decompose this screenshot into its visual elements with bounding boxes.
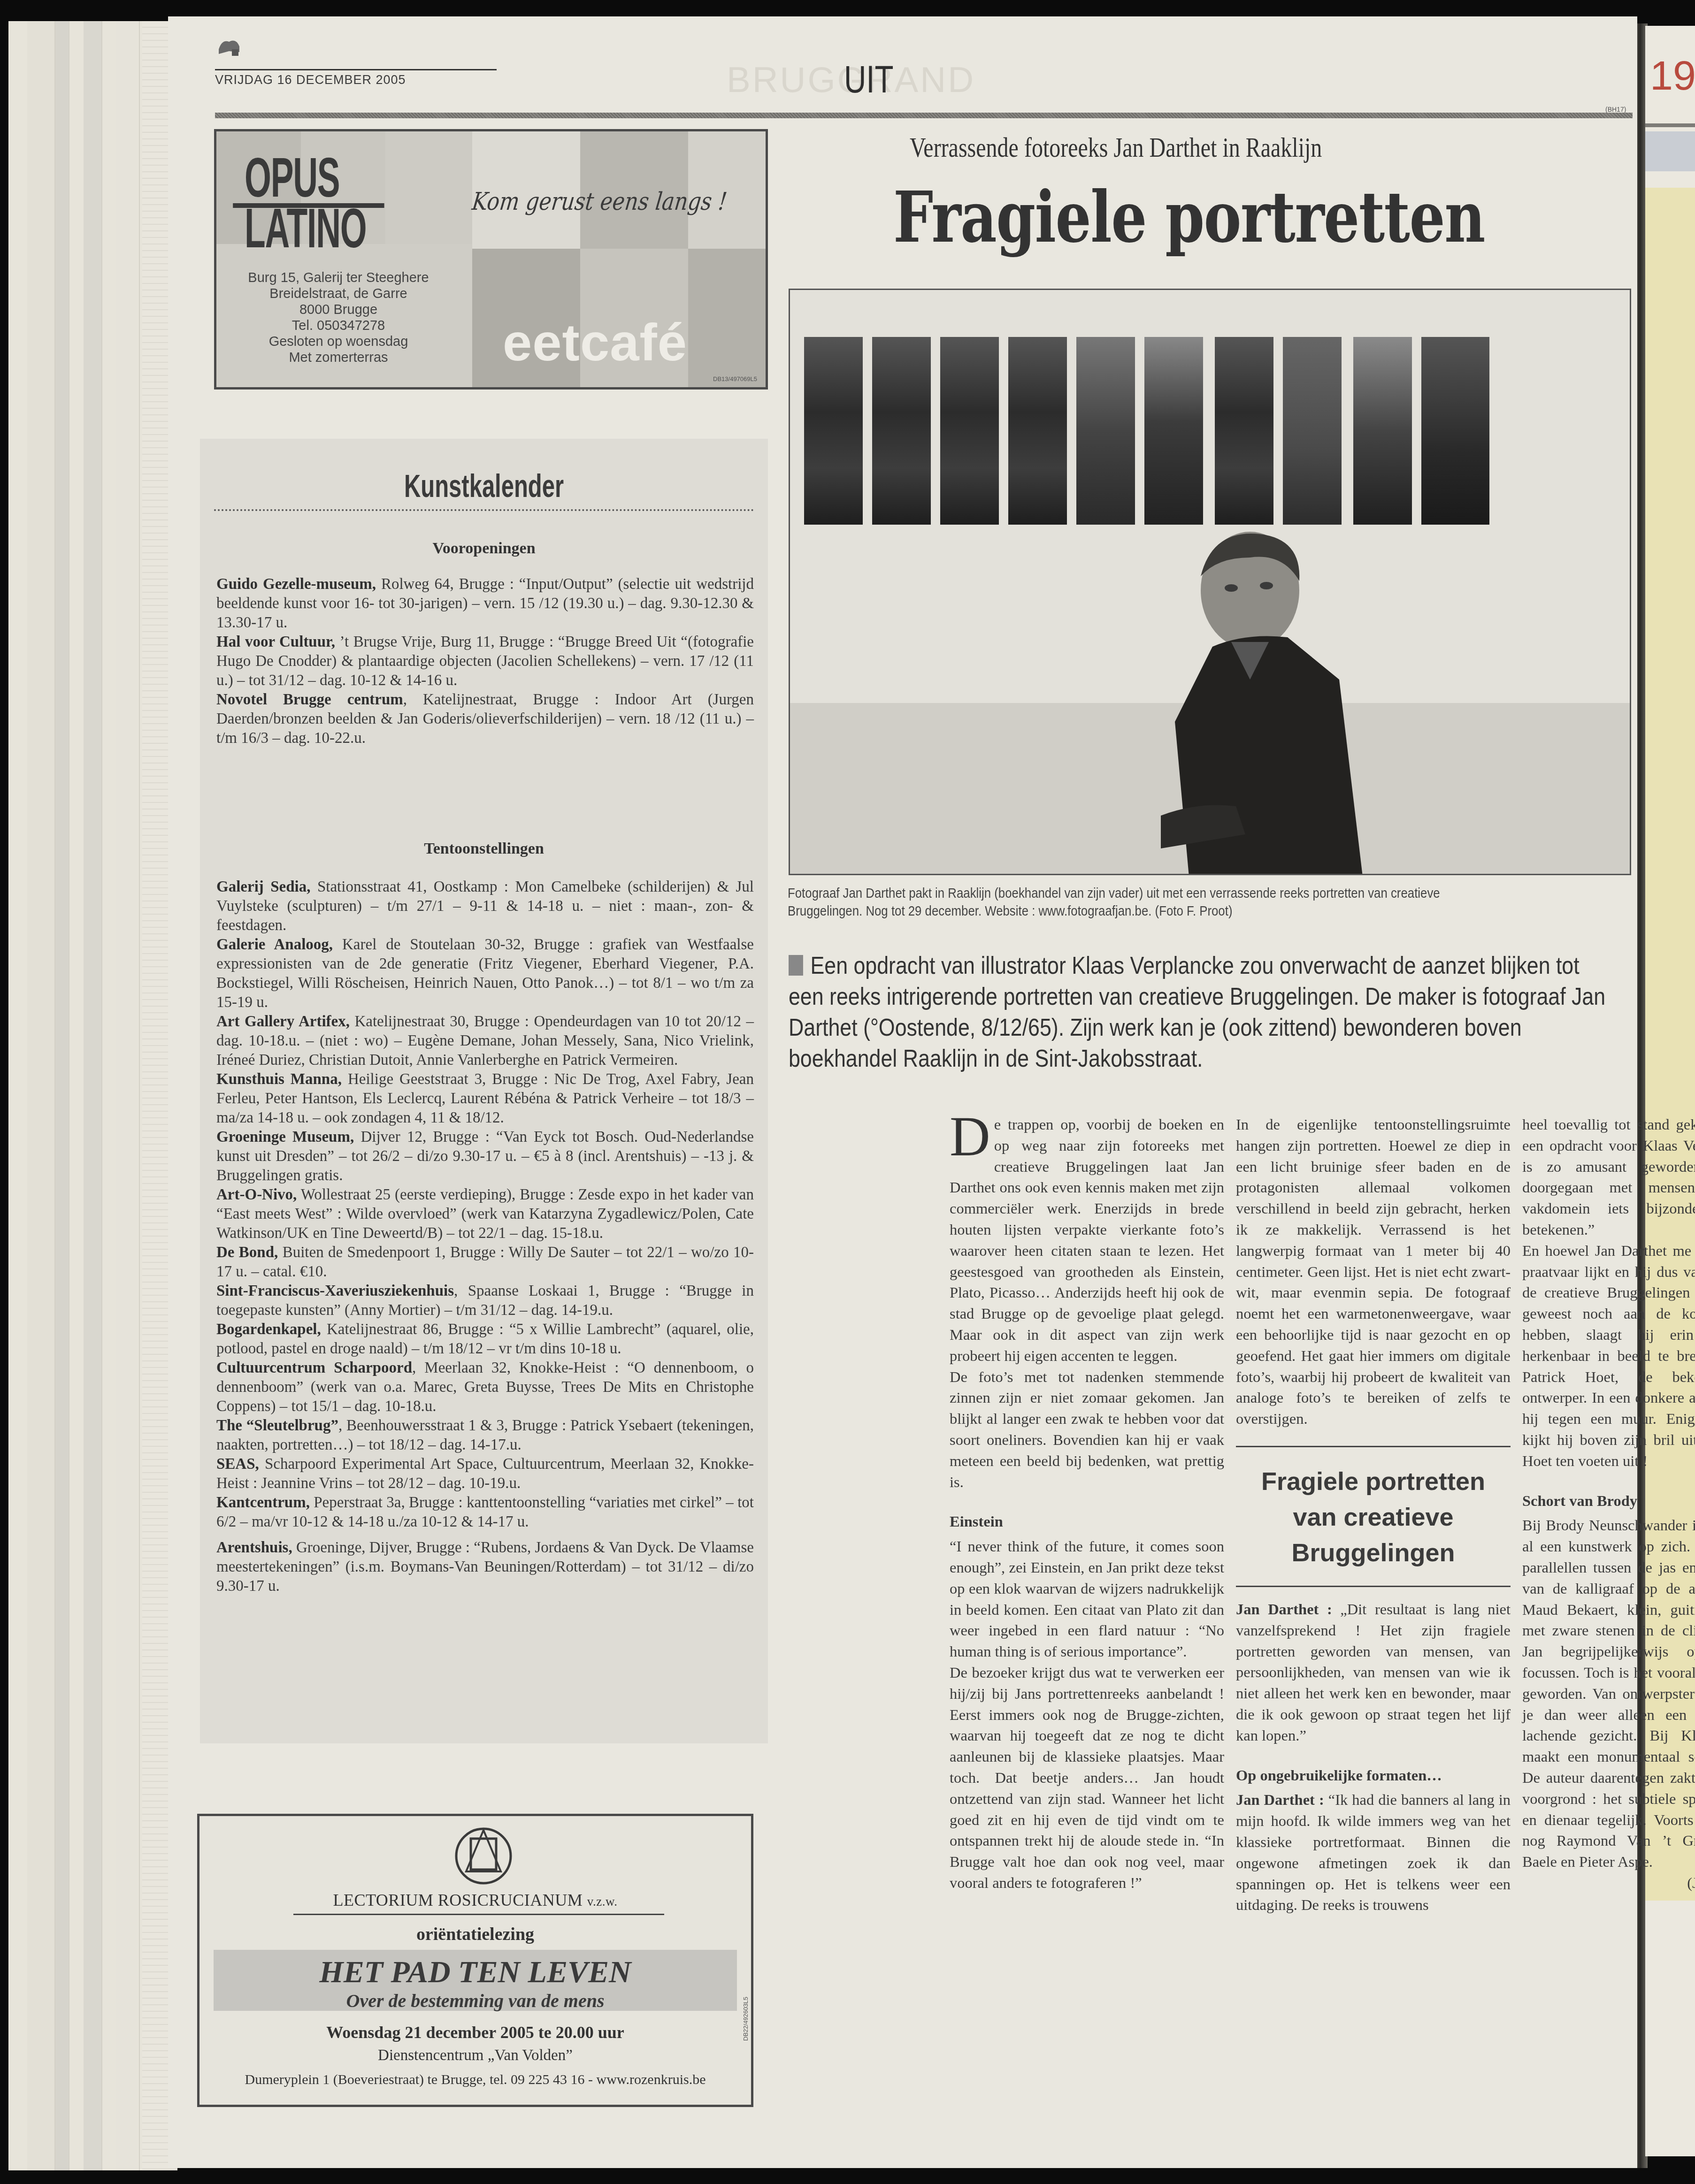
ad-venue: Dienstencentrum „Van Volden” <box>199 2047 751 2064</box>
subheading: Einstein <box>950 1512 1224 1533</box>
header-rule <box>215 113 1633 118</box>
paragraph: De bezoeker krijgt dus wat te verwerken … <box>950 1663 1224 1894</box>
listing-entry: De Bond, Buiten de Smedenpoort 1, Brugge… <box>216 1243 754 1282</box>
vooropeningen-list: Guido Gezelle-museum, Rolweg 64, Brugge … <box>216 575 754 748</box>
listing-entry: SEAS, Scharpoord Experimental Art Space,… <box>216 1455 754 1493</box>
listing-entry: Galerij Sedia, Stationsstraat 41, Oostka… <box>216 878 754 935</box>
listing-entry: Arentshuis, Groeninge, Dijver, Brugge : … <box>216 1538 754 1596</box>
page-edge <box>55 21 69 2170</box>
photo-caption: Fotograaf Jan Darthet pakt in Raaklijn (… <box>788 885 1514 920</box>
date-rule <box>215 69 497 70</box>
kalender-subhead: Tentoonstellingen <box>200 840 768 858</box>
kalender-title: Kunstkalender <box>279 468 688 504</box>
article-column-1: De trappen op, voorbij de boeken en op w… <box>950 1115 1224 1894</box>
paragraph: De trappen op, voorbij de boeken en op w… <box>950 1115 1224 1367</box>
quote-paragraph: Jan Darthet : „Dit resultaat is lang nie… <box>1236 1599 1511 1747</box>
article-photo <box>789 289 1631 875</box>
listing-entry: Galerie Analoog, Karel de Stoutelaan 30-… <box>216 935 754 1012</box>
page-edge <box>116 21 140 2170</box>
ad-contact: Dumeryplein 1 (Boeveriestraat) te Brugge… <box>199 2072 751 2088</box>
quote-paragraph: Jan Darthet : “Ik had die banners al lan… <box>1236 1790 1511 1916</box>
paragraph: heel toevallig tot stand gekomen : ik de… <box>1522 1115 1695 1241</box>
listing-entry: Groeninge Museum, Dijver 12, Brugge : “V… <box>216 1128 754 1185</box>
ad-code: DB13/497069L5 <box>713 375 757 382</box>
circle-triangle-square-emblem-icon <box>453 1825 514 1886</box>
ad-subline: Over de bestemming van de mens <box>199 1990 751 2012</box>
ad-headline: HET PAD TEN LEVEN <box>199 1955 751 1990</box>
paragraph: En hoewel Jan Darthet me niet meteen een… <box>1522 1241 1695 1472</box>
subheading: Op ongebruikelijke formaten… <box>1236 1765 1511 1787</box>
paragraph: De foto’s met tot nadenken stemmende zin… <box>950 1367 1224 1493</box>
paragraph: “I never think of the future, it comes s… <box>950 1536 1224 1663</box>
listing-entry: The “Sleutelbrug”, Beenhouwersstraat 1 &… <box>216 1416 754 1455</box>
facing-page-rule <box>1645 123 1695 127</box>
stacked-page-edges <box>8 21 168 2170</box>
page-edge <box>84 21 102 2170</box>
rosicrucianum-ad: LECTORIUM ROSICRUCIANUM v.z.w. oriëntati… <box>197 1814 753 2107</box>
article-column-2: In de eigenlijke tentoonstellingsruimte … <box>1236 1115 1511 1916</box>
dotted-divider <box>214 509 754 511</box>
section-title: UIT <box>844 58 894 102</box>
kalender-subhead: Vooropeningen <box>200 540 768 557</box>
ad-address: Burg 15, Galerij ter Steeghere Breidelst… <box>226 270 451 366</box>
article-column-3: heel toevallig tot stand gekomen : ik de… <box>1522 1115 1695 1894</box>
article-lead: Een opdracht van illustrator Klaas Verpl… <box>789 950 1616 1074</box>
ad-slogan: Kom gerust eens langs ! <box>470 188 728 216</box>
tentoonstellingen-list: Galerij Sedia, Stationsstraat 41, Oostka… <box>216 878 754 1596</box>
edition-code: (BH17) <box>1605 106 1626 113</box>
drop-cap: D <box>950 1115 990 1158</box>
paragraph: In de eigenlijke tentoonstellingsruimte … <box>1236 1115 1511 1430</box>
kunstkalender-box: Kunstkalender Vooropeningen Guido Gezell… <box>200 439 768 1743</box>
ad-eetcafe-label: eetcafé <box>503 312 687 373</box>
photographer-figure <box>1161 525 1363 875</box>
listing-entry: Bogardenkapel, Katelijnestraat 86, Brugg… <box>216 1320 754 1359</box>
next-page-number: 19 <box>1650 52 1695 99</box>
pull-heading: Fragiele portretten van creatieve Brugge… <box>1236 1446 1511 1587</box>
lead-square-icon <box>789 955 803 976</box>
listing-entry: Guido Gezelle-museum, Rolweg 64, Brugge … <box>216 575 754 633</box>
listing-entry: Art-O-Nivo, Wollestraat 25 (eerste verdi… <box>216 1185 754 1243</box>
issue-date: VRIJDAG 16 DECEMBER 2005 <box>215 73 406 87</box>
paragraph: Bij Brody Neunschwander is ’s mans schor… <box>1522 1515 1695 1873</box>
listing-entry: Kantcentrum, Peperstraat 3a, Brugge : ka… <box>216 1493 754 1532</box>
listing-entry: Novotel Brugge centrum, Katelijnestraat,… <box>216 690 754 748</box>
ad-event-type: oriëntatielezing <box>199 1924 751 1945</box>
ad-date-time: Woensdag 21 december 2005 te 20.00 uur <box>199 2023 751 2042</box>
listing-entry: Hal voor Cultuur, ’t Brugse Vrije, Burg … <box>216 633 754 690</box>
ad-rule <box>293 1914 664 1915</box>
subheading: Schort van Brody <box>1522 1491 1695 1512</box>
article-kicker: Verrassende fotoreeks Jan Darthet in Raa… <box>910 131 1322 164</box>
ad-organisation: LECTORIUM ROSICRUCIANUM v.z.w. <box>199 1890 751 1910</box>
listing-entry: Cultuurcentrum Scharpoord, Meerlaan 32, … <box>216 1359 754 1416</box>
listing-entry: Art Gallery Artifex, Katelijnestraat 30,… <box>216 1012 754 1070</box>
author-byline: (Johan Debruyne) <box>1522 1873 1695 1894</box>
opus-latino-ad: OPUS LATINO Kom gerust eens langs ! Burg… <box>214 129 768 389</box>
page-edge <box>27 21 55 2170</box>
listing-entry: Kunsthuis Manna, Heilige Geeststraat 3, … <box>216 1070 754 1128</box>
ad-code: DB22/492603L5 <box>742 1997 749 2041</box>
article-headline: Fragiele portretten <box>893 176 1485 259</box>
newspaper-logo-icon <box>215 35 243 59</box>
opus-latino-logo: OPUS LATINO <box>245 153 366 254</box>
listing-entry: Sint-Franciscus-Xaveriusziekenhuis, Spaa… <box>216 1282 754 1320</box>
facing-page-blue-band <box>1645 131 1695 171</box>
newspaper-page: VRIJDAG 16 DECEMBER 2005 BRUGGRAND UIT (… <box>168 16 1637 2168</box>
